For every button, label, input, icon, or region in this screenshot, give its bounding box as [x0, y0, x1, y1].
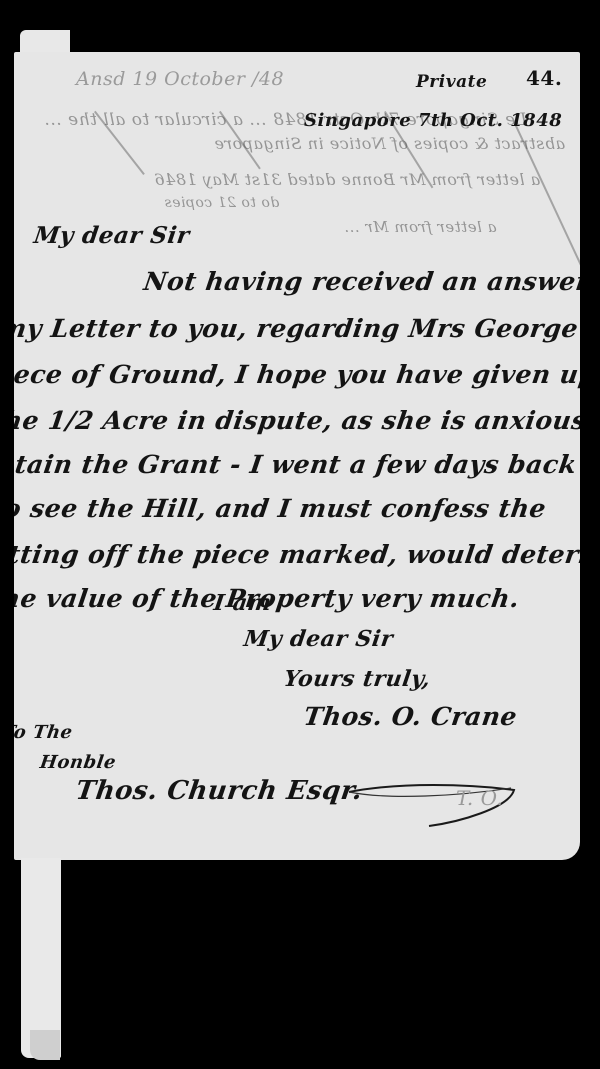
body-line: to see the Hill, and I must confess the [14, 494, 548, 523]
paper-strip-end [30, 1030, 60, 1060]
paper-strip-bottom [21, 858, 61, 1058]
body-line: piece of Ground, I hope you have given u… [14, 360, 580, 389]
addressee-name: Thos. Church Esqr. [74, 776, 365, 806]
addressee-line: To The [14, 722, 74, 743]
bleed-through-line: a letter from Mr Bonne dated 31st May 18… [154, 170, 540, 189]
initials-note: T. O. [456, 786, 503, 810]
bleed-through-line: a letter from Mr ... [344, 218, 497, 236]
bleed-through-line: abstract & copies of Notice in Singapore [214, 134, 565, 153]
letter-page: Le Singapore 7th Octr 1848 ... a circula… [14, 52, 580, 860]
closing-line: My dear Sir [242, 626, 395, 652]
body-line: Not having received an answer [142, 267, 580, 296]
body-line: obtain the Grant - I went a few days bac… [14, 450, 579, 479]
bleed-through-line: do to 21 copies [164, 195, 279, 211]
body-line: the 1/2 Acre in dispute, as she is anxio… [14, 406, 580, 435]
place-date: Singapore 7th Oct. 1848 [304, 110, 562, 131]
pencil-answered-note: Ansd 19 October /48 [76, 68, 284, 90]
body-line: my Letter to you, regarding Mrs George's [14, 314, 580, 343]
page-number: 44. [526, 66, 562, 90]
closing-line: Yours truly, [282, 666, 432, 692]
addressee-line: Honble [39, 752, 118, 773]
private-mark: Private [416, 72, 487, 92]
closing-line: I am [212, 590, 273, 616]
signature: Thos. O. Crane [302, 702, 519, 731]
salutation: My dear Sir [32, 222, 191, 249]
body-line: cutting off the piece marked, would dete… [14, 540, 580, 569]
